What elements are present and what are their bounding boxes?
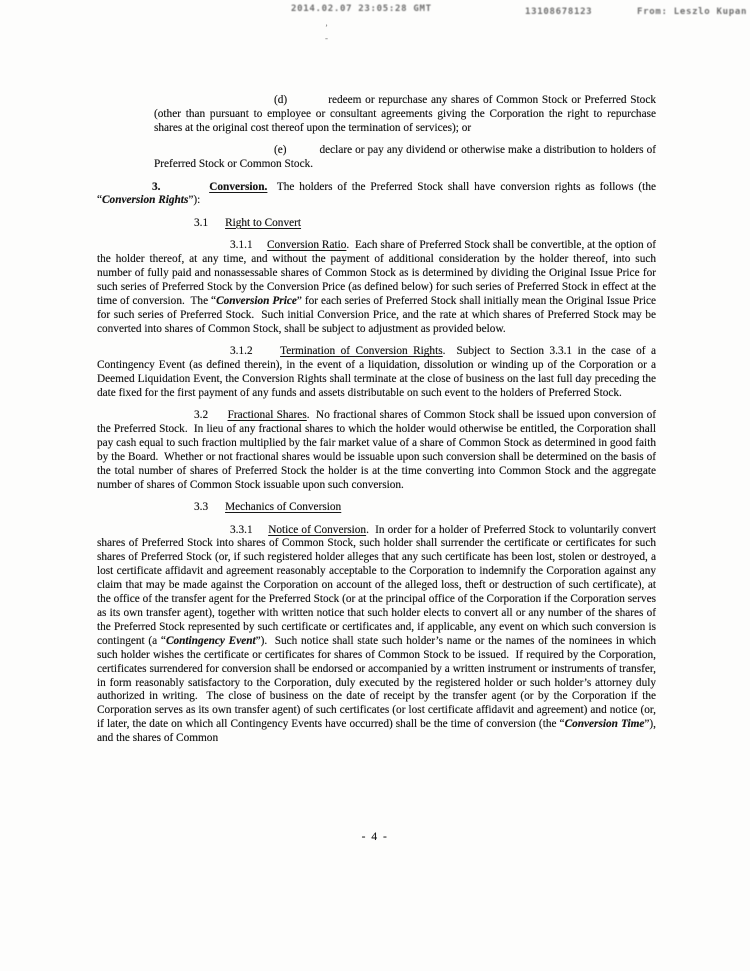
clause-d: (d) redeem or repurchase any shares of C… bbox=[154, 94, 656, 136]
section-3-1-2-termination-seg: Termination of Conversion Rights bbox=[280, 345, 443, 357]
section-3-3-1-notice-of-conversion: 3.3.1 Notice of Conversion. In order for… bbox=[97, 524, 656, 747]
section-3-1-2-termination-seg: 3.1.2 bbox=[230, 345, 280, 357]
heading-3-3-mechanics-seg: 3.3 bbox=[194, 501, 225, 513]
section-3-3-1-notice-of-conversion-seg: . In order for a holder of Preferred Sto… bbox=[97, 524, 656, 647]
section-3-1-2-termination: 3.1.2 Termination of Conversion Rights. … bbox=[97, 345, 656, 401]
section-3-2-fractional-shares: 3.2 Fractional Shares. No fractional sha… bbox=[97, 409, 656, 492]
heading-3-3-mechanics-seg: Mechanics of Conversion bbox=[225, 501, 341, 513]
fax-number: 13108678123 bbox=[525, 7, 592, 17]
section-3-2-fractional-shares-seg: 3.2 bbox=[194, 409, 228, 421]
section-3-3-1-notice-of-conversion-seg: Conversion Time bbox=[565, 718, 645, 730]
section-3-3-1-notice-of-conversion-seg: ”). Such notice shall state such holder’… bbox=[97, 635, 656, 730]
clause-e: (e) declare or pay any dividend or other… bbox=[154, 144, 656, 172]
section-3-2-fractional-shares-seg: Fractional Shares bbox=[228, 409, 307, 421]
document-text-block: (d) redeem or repurchase any shares of C… bbox=[97, 94, 656, 755]
section-3-1-1-conversion-ratio: 3.1.1 Conversion Ratio. Each share of Pr… bbox=[97, 239, 656, 336]
section-3-conversion-seg: Conversion Rights bbox=[102, 194, 188, 206]
section-3-1-1-conversion-ratio-seg: Conversion Ratio bbox=[267, 239, 346, 251]
section-3-3-1-notice-of-conversion-seg: Contingency Event bbox=[166, 635, 256, 647]
heading-3-1-right-to-convert-seg: 3.1 bbox=[194, 217, 225, 229]
section-3-1-1-conversion-ratio-seg: 3.1.1 bbox=[230, 239, 267, 251]
section-3-3-1-notice-of-conversion-seg: Notice of Conversion bbox=[268, 524, 366, 536]
heading-3-3-mechanics: 3.3 Mechanics of Conversion bbox=[194, 501, 656, 515]
section-3-conversion: 3. Conversion. The holders of the Prefer… bbox=[97, 181, 656, 209]
fax-timestamp: 2014.02.07 23:05:28 GMT bbox=[291, 4, 432, 14]
scan-artifact-marks: ’ - bbox=[325, 23, 385, 43]
page-number: - 4 - bbox=[0, 831, 750, 843]
section-3-conversion-seg: ”): bbox=[188, 194, 200, 206]
section-3-conversion-seg bbox=[160, 181, 209, 193]
clause-d-seg: (d) redeem or repurchase any shares of C… bbox=[154, 94, 656, 134]
clause-e-seg: (e) declare or pay any dividend or other… bbox=[154, 144, 656, 170]
heading-3-1-right-to-convert-seg: Right to Convert bbox=[225, 217, 301, 229]
section-3-1-1-conversion-ratio-seg: Conversion Price bbox=[216, 295, 297, 307]
fax-sender: From: Leszlo Kupan bbox=[637, 7, 747, 17]
section-3-conversion-seg: Conversion. bbox=[209, 181, 267, 193]
section-3-3-1-notice-of-conversion-seg: 3.3.1 bbox=[230, 524, 268, 536]
section-3-2-fractional-shares-seg: . No fractional shares of Common Stock s… bbox=[97, 409, 656, 491]
heading-3-1-right-to-convert: 3.1 Right to Convert bbox=[194, 217, 656, 231]
